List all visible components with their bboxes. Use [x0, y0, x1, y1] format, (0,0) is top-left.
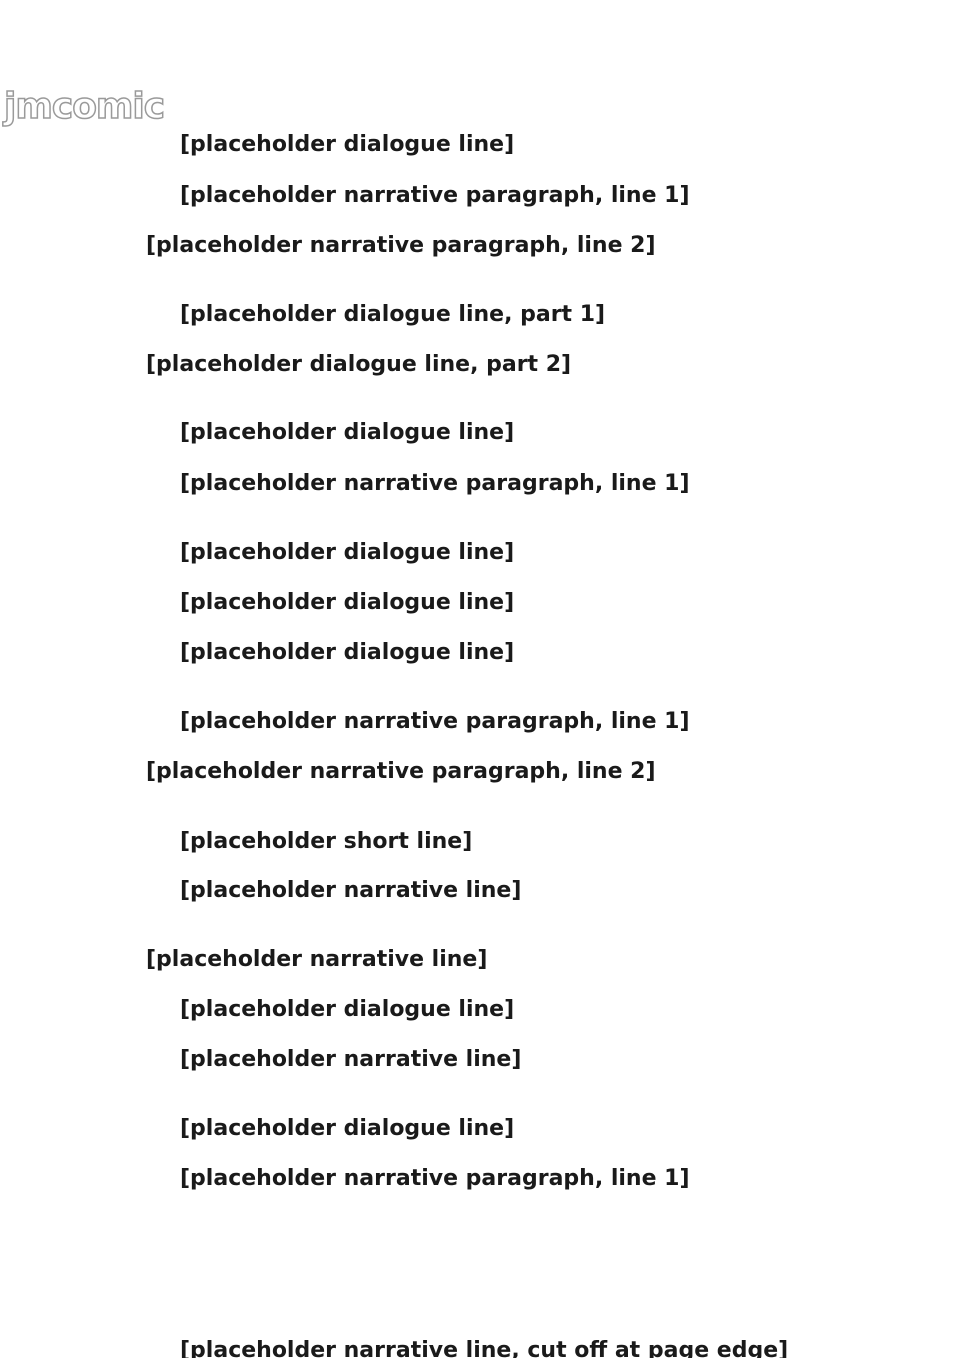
text-line: [placeholder narrative paragraph, line 2… [146, 233, 656, 258]
text-line: [placeholder narrative line, cut off at … [180, 1338, 788, 1358]
text-line: [placeholder narrative paragraph, line 1… [180, 471, 690, 496]
text-line: [placeholder narrative paragraph, line 2… [146, 759, 656, 784]
text-line: [placeholder dialogue line] [180, 540, 514, 565]
text-line: [placeholder dialogue line] [180, 132, 514, 157]
text-line: [placeholder narrative paragraph, line 1… [180, 709, 690, 734]
text-line: [placeholder dialogue line] [180, 420, 514, 445]
text-line: [placeholder narrative paragraph, line 1… [180, 183, 690, 208]
watermark-logo: jmcomic [4, 86, 164, 127]
text-line: [placeholder dialogue line, part 1] [180, 302, 605, 327]
text-line: [placeholder narrative line] [146, 947, 487, 972]
text-line: [placeholder short line] [180, 829, 472, 854]
text-line: [placeholder dialogue line] [180, 1116, 514, 1141]
text-line: [placeholder dialogue line] [180, 997, 514, 1022]
text-line: [placeholder dialogue line, part 2] [146, 352, 571, 377]
text-line: [placeholder narrative line] [180, 878, 521, 903]
text-line: [placeholder dialogue line] [180, 640, 514, 665]
text-line: [placeholder dialogue line] [180, 590, 514, 615]
text-line: [placeholder narrative line] [180, 1047, 521, 1072]
text-line: [placeholder narrative paragraph, line 1… [180, 1166, 690, 1191]
